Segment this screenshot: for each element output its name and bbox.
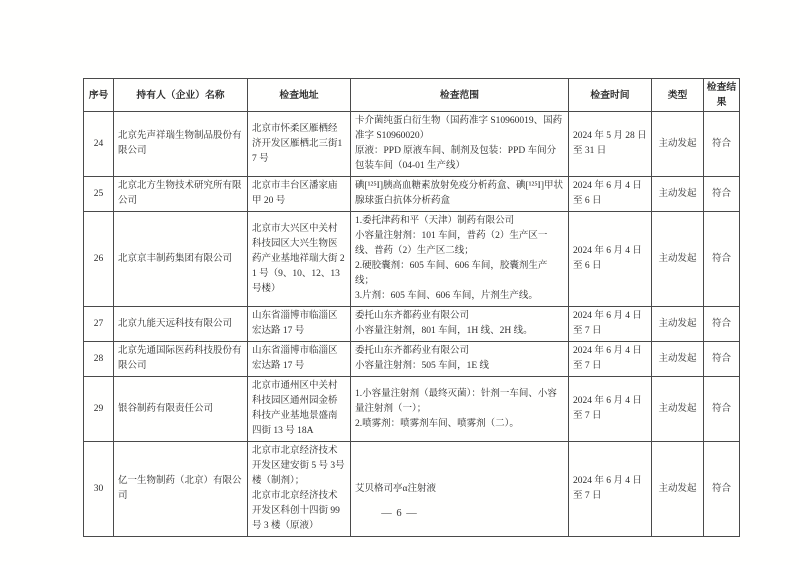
header-row: 序号 持有人（企业）名称 检查地址 检查范围 检查时间 类型 检查结果 — [84, 79, 740, 112]
cell-type: 主动发起 — [652, 112, 704, 177]
cell-time: 2024 年 6 月 4 日至 7 日 — [569, 307, 652, 342]
table-row: 29银谷制药有限责任公司北京市通州区中关村科技园区通州园金桥科技产业基地景盛南四… — [84, 377, 740, 442]
cell-address: 北京市大兴区中关村科技园区大兴生物医药产业基地祥瑞大街 21 号（9、10、12… — [248, 212, 351, 307]
header-cell-scope: 检查范围 — [351, 79, 569, 112]
table-row: 28北京先通国际医药科技股份有限公司山东省淄博市临淄区宏达路 17 号委托山东齐… — [84, 342, 740, 377]
document-page: 序号 持有人（企业）名称 检查地址 检查范围 检查时间 类型 检查结果 24北京… — [0, 0, 799, 565]
header-cell-no: 序号 — [84, 79, 114, 112]
cell-type: 主动发起 — [652, 177, 704, 212]
cell-type: 主动发起 — [652, 377, 704, 442]
cell-no: 24 — [84, 112, 114, 177]
cell-type: 主动发起 — [652, 342, 704, 377]
table-row: 24北京先声祥瑞生物制品股份有限公司北京市怀柔区雁栖经济开发区雁栖北三街17 号… — [84, 112, 740, 177]
cell-result: 符合 — [704, 342, 740, 377]
cell-scope: 委托山东齐都药业有限公司 小容量注射剂，801 车间，1H 线、2H 线。 — [351, 307, 569, 342]
cell-type: 主动发起 — [652, 442, 704, 537]
cell-scope: 1.小容量注射剂（最终灭菌）：针剂一车间、小容量注射剂（一）； 2.喷雾剂：喷雾… — [351, 377, 569, 442]
cell-address: 山东省淄博市临淄区宏达路 17 号 — [248, 342, 351, 377]
cell-holder: 北京九能天远科技有限公司 — [114, 307, 248, 342]
table-body: 24北京先声祥瑞生物制品股份有限公司北京市怀柔区雁栖经济开发区雁栖北三街17 号… — [84, 112, 740, 537]
cell-address: 北京市丰台区潘家庙甲 20 号 — [248, 177, 351, 212]
table-row: 30亿一生物制药（北京）有限公司北京市北京经济技术开发区建安街 5 号 3号楼（… — [84, 442, 740, 537]
cell-holder: 北京京丰制药集团有限公司 — [114, 212, 248, 307]
cell-holder: 北京先声祥瑞生物制品股份有限公司 — [114, 112, 248, 177]
cell-time: 2024 年 5 月 28 日至 31 日 — [569, 112, 652, 177]
cell-type: 主动发起 — [652, 307, 704, 342]
cell-time: 2024 年 6 月 4 日至 6 日 — [569, 177, 652, 212]
cell-address: 山东省淄博市临淄区宏达路 17 号 — [248, 307, 351, 342]
inspection-table-container: 序号 持有人（企业）名称 检查地址 检查范围 检查时间 类型 检查结果 24北京… — [83, 78, 739, 537]
cell-no: 26 — [84, 212, 114, 307]
cell-address: 北京市北京经济技术开发区建安街 5 号 3号楼（制剂）； 北京市北京经济技术开发… — [248, 442, 351, 537]
cell-address: 北京市通州区中关村科技园区通州园金桥科技产业基地景盛南四街 13 号 18A — [248, 377, 351, 442]
cell-time: 2024 年 6 月 4 日至 6 日 — [569, 212, 652, 307]
cell-time: 2024 年 6 月 4 日至 7 日 — [569, 442, 652, 537]
cell-type: 主动发起 — [652, 212, 704, 307]
cell-holder: 北京先通国际医药科技股份有限公司 — [114, 342, 248, 377]
cell-scope: 艾贝格司亭α注射液 — [351, 442, 569, 537]
cell-no: 25 — [84, 177, 114, 212]
cell-holder: 银谷制药有限责任公司 — [114, 377, 248, 442]
table-header: 序号 持有人（企业）名称 检查地址 检查范围 检查时间 类型 检查结果 — [84, 79, 740, 112]
header-cell-result: 检查结果 — [704, 79, 740, 112]
cell-scope: 委托山东齐都药业有限公司 小容量注射剂：505 车间，1E 线 — [351, 342, 569, 377]
cell-address: 北京市怀柔区雁栖经济开发区雁栖北三街17 号 — [248, 112, 351, 177]
cell-time: 2024 年 6 月 4 日至 7 日 — [569, 377, 652, 442]
cell-scope: 卡介菌纯蛋白衍生物（国药准字 S10960019、国药准字 S10960020）… — [351, 112, 569, 177]
table-row: 27北京九能天远科技有限公司山东省淄博市临淄区宏达路 17 号委托山东齐都药业有… — [84, 307, 740, 342]
cell-result: 符合 — [704, 212, 740, 307]
cell-no: 30 — [84, 442, 114, 537]
table-row: 26北京京丰制药集团有限公司北京市大兴区中关村科技园区大兴生物医药产业基地祥瑞大… — [84, 212, 740, 307]
cell-no: 28 — [84, 342, 114, 377]
header-cell-address: 检查地址 — [248, 79, 351, 112]
cell-scope: 碘[¹²⁵I]胰高血糖素放射免疫分析药盒、碘[¹²⁵I]甲状腺球蛋白抗体分析药盒 — [351, 177, 569, 212]
cell-scope: 1.委托津药和平（天津）制药有限公司 小容量注射剂：101 车间，普药（2）生产… — [351, 212, 569, 307]
cell-no: 27 — [84, 307, 114, 342]
header-cell-holder: 持有人（企业）名称 — [114, 79, 248, 112]
inspection-table: 序号 持有人（企业）名称 检查地址 检查范围 检查时间 类型 检查结果 24北京… — [83, 78, 740, 537]
cell-result: 符合 — [704, 377, 740, 442]
cell-result: 符合 — [704, 307, 740, 342]
cell-result: 符合 — [704, 177, 740, 212]
cell-result: 符合 — [704, 442, 740, 537]
table-row: 25北京北方生物技术研究所有限公司北京市丰台区潘家庙甲 20 号碘[¹²⁵I]胰… — [84, 177, 740, 212]
cell-no: 29 — [84, 377, 114, 442]
cell-holder: 亿一生物制药（北京）有限公司 — [114, 442, 248, 537]
cell-time: 2024 年 6 月 4 日至 7 日 — [569, 342, 652, 377]
cell-result: 符合 — [704, 112, 740, 177]
cell-holder: 北京北方生物技术研究所有限公司 — [114, 177, 248, 212]
header-cell-time: 检查时间 — [569, 79, 652, 112]
page-number: — 6 — — [0, 508, 799, 519]
header-cell-type: 类型 — [652, 79, 704, 112]
